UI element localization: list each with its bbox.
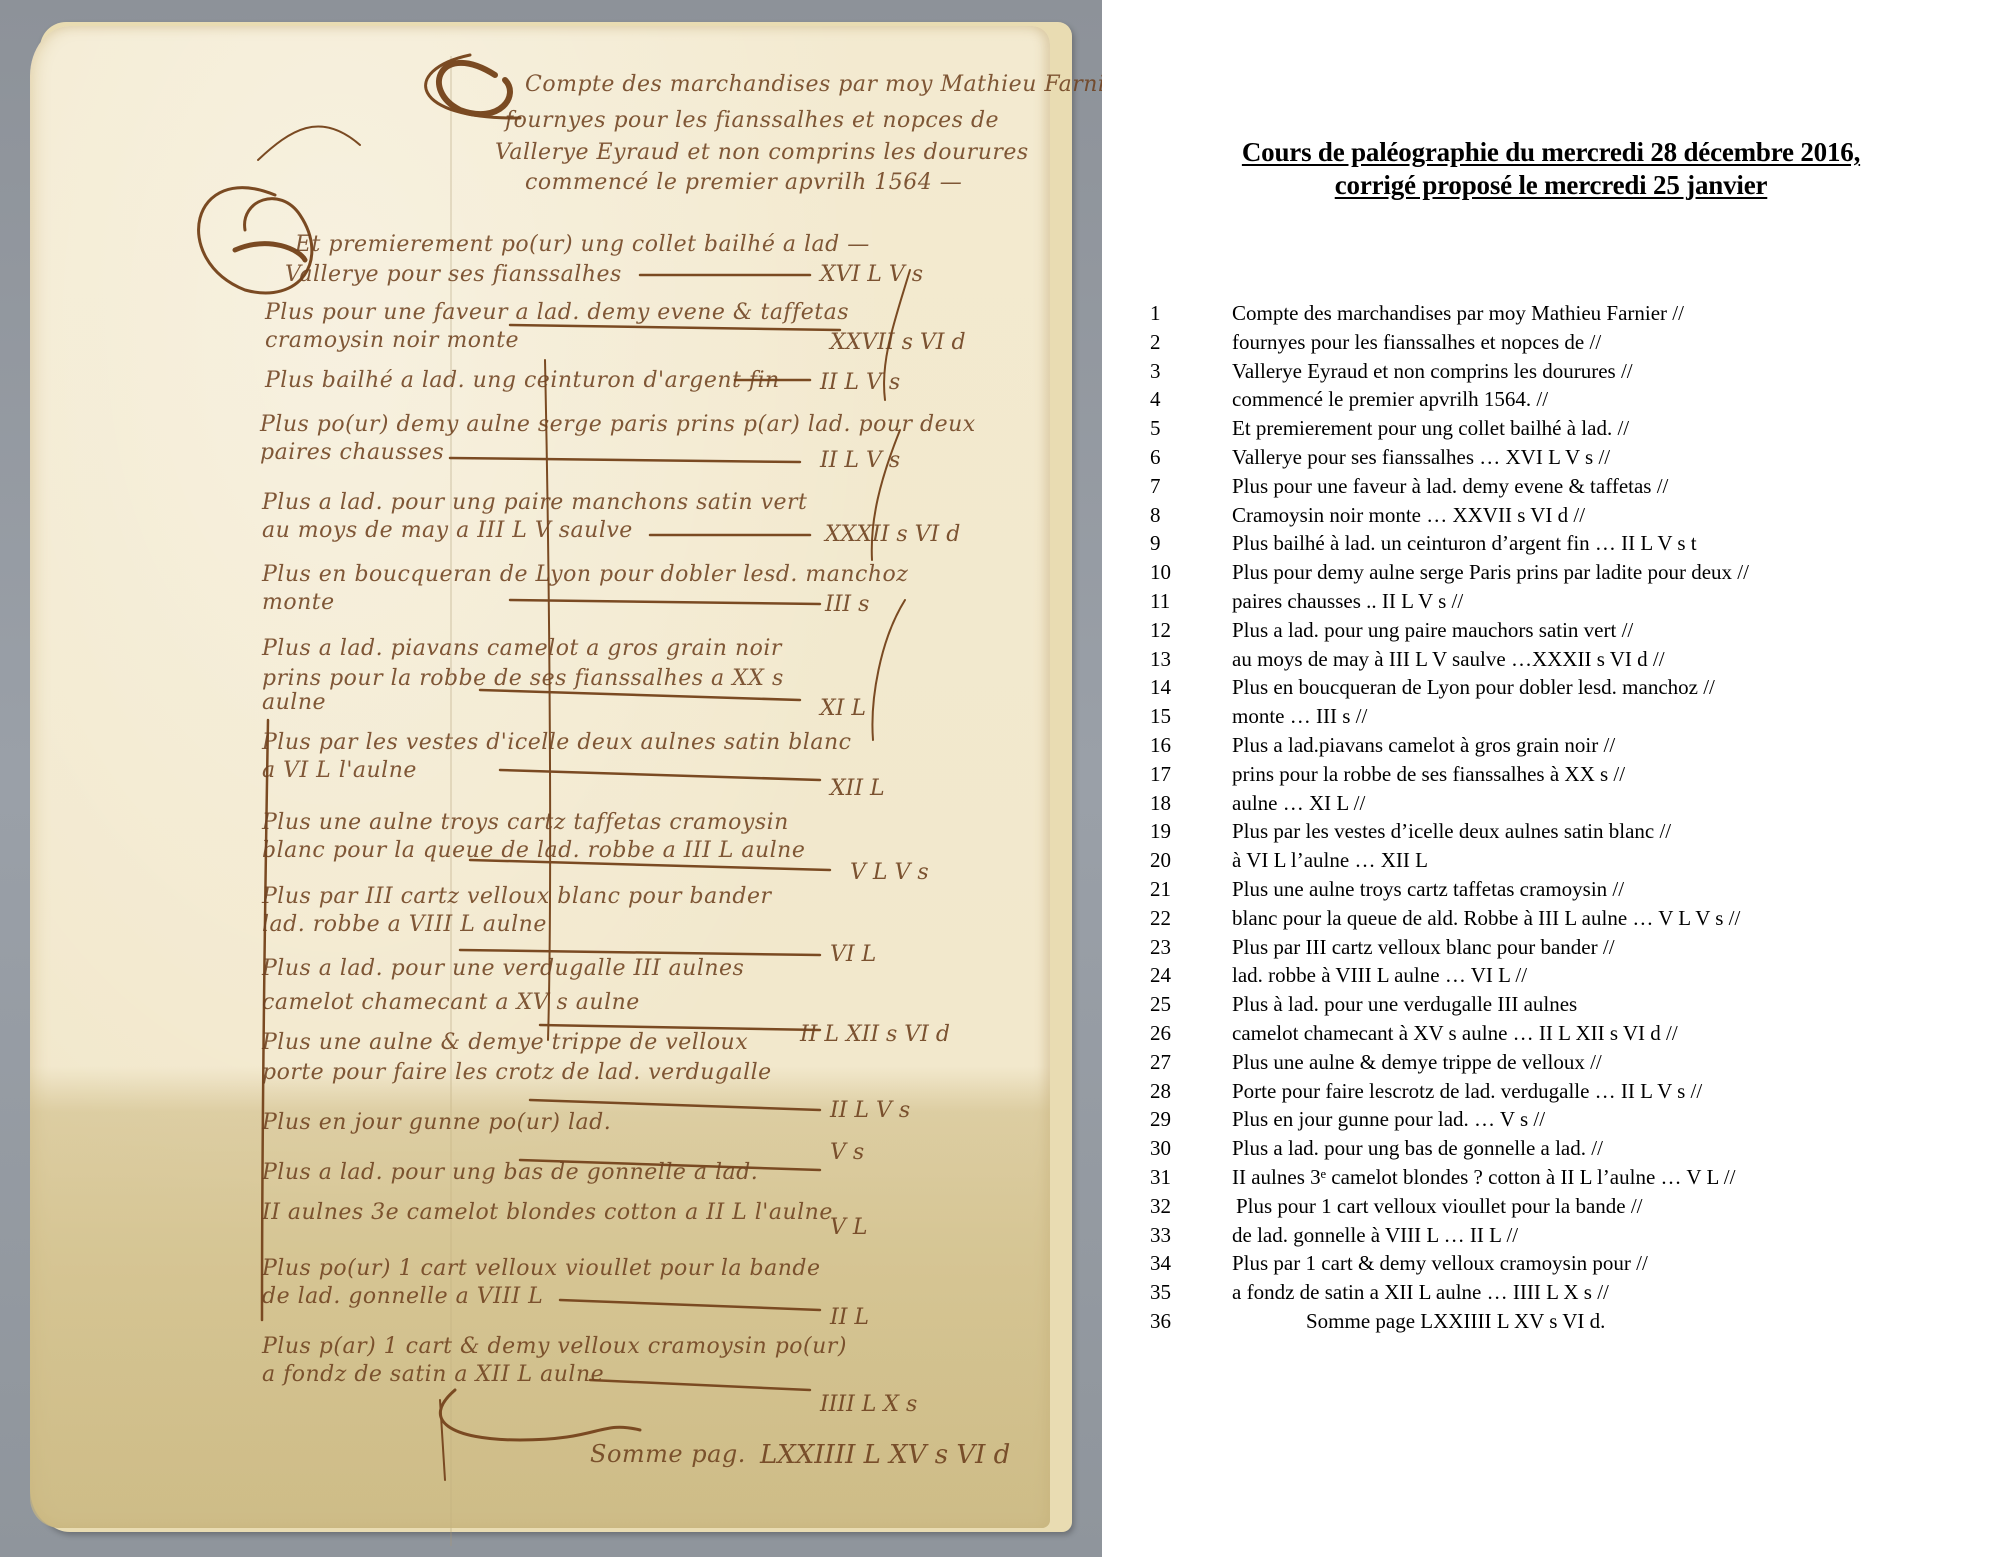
line-text: camelot chamecant à XV s aulne … II L XI… [1232,1019,1678,1048]
manuscript-entry-line: a fondz de satin a XII L aulne [262,1362,604,1387]
manuscript-entry-line: prins pour la robbe de ses fianssalhes a… [262,666,784,691]
manuscript-entry-line: Plus p(ar) 1 cart & demy velloux cramoys… [262,1334,847,1359]
transcription-line: 4commencé le premier apvrilh 1564. // [1150,385,1749,414]
line-number: 32 [1150,1192,1232,1221]
line-number: 27 [1150,1048,1232,1077]
manuscript-total: LXXIIII L XV s VI d [760,1440,1010,1470]
line-number: 24 [1150,961,1232,990]
line-text: Porte pour faire lescrotz de lad. verdug… [1232,1077,1702,1106]
line-text: Vallerye pour ses fianssalhes … XVI L V … [1232,443,1610,472]
line-number: 17 [1150,760,1232,789]
line-number: 10 [1150,558,1232,587]
manuscript-entry-line: II aulnes 3e camelot blondes cotton a II… [262,1200,833,1225]
line-text: Plus pour 1 cart velloux vioullet pour l… [1232,1192,1643,1221]
line-number: 5 [1150,414,1232,443]
transcription-line: 19Plus par les vestes d’icelle deux auln… [1150,817,1749,846]
manuscript-amount: VI L [830,942,876,967]
line-text: a fondz de satin a XII L aulne … IIII L … [1232,1278,1609,1307]
manuscript-entry-line: blanc pour la queue de lad. robbe a III … [262,838,805,863]
line-number: 34 [1150,1249,1232,1278]
transcription-line: 7Plus pour une faveur à lad. demy evene … [1150,472,1749,501]
manuscript-amount: II L V s [820,370,900,395]
transcription-line: 9Plus bailhé à lad. un ceinturon d’argen… [1150,529,1749,558]
manuscript-entry-line: au moys de may a III L V saulve [262,518,633,543]
manuscript-amount: II L V s [820,448,900,473]
transcription-line: 18aulne … XI L // [1150,789,1749,818]
transcription-line: 21Plus une aulne troys cartz taffetas cr… [1150,875,1749,904]
transcription-line: 34Plus par 1 cart & demy velloux cramoys… [1150,1249,1749,1278]
line-text: monte … III s // [1232,702,1367,731]
line-text: paires chausses .. II L V s // [1232,587,1463,616]
line-text: Plus une aulne troys cartz taffetas cram… [1232,875,1624,904]
transcription-line: 11paires chausses .. II L V s // [1150,587,1749,616]
transcription-line: 27Plus une aulne & demye trippe de vello… [1150,1048,1749,1077]
manuscript-entry-line: paires chausses [260,440,444,465]
transcription-line: 32Plus pour 1 cart velloux vioullet pour… [1150,1192,1749,1221]
line-number: 6 [1150,443,1232,472]
transcription-line: 15monte … III s // [1150,702,1749,731]
transcription-line: 35a fondz de satin a XII L aulne … IIII … [1150,1278,1749,1307]
manuscript-entry-line: monte [262,590,335,615]
transcription-line: 10Plus pour demy aulne serge Paris prins… [1150,558,1749,587]
line-number: 14 [1150,673,1232,702]
transcription-lines: 1Compte des marchandises par moy Mathieu… [1150,299,1749,1336]
manuscript-amount: XXVII s VI d [830,330,966,355]
line-number: 4 [1150,385,1232,414]
manuscript-heading-line: Vallerye Eyraud et non comprins les dour… [495,140,1029,165]
line-number: 30 [1150,1134,1232,1163]
transcription-line: 2fournyes pour les fianssalhes et nopces… [1150,328,1749,357]
manuscript-entry-line: Plus une aulne & demye trippe de velloux [262,1030,748,1055]
transcription-line-sum: 36Somme page LXXIIII L XV s VI d. [1150,1307,1749,1336]
transcription-title: Cours de paléographie du mercredi 28 déc… [1102,136,2000,202]
transcription-line: 28Porte pour faire lescrotz de lad. verd… [1150,1077,1749,1106]
line-text: Plus a lad. pour ung paire mauchors sati… [1232,616,1633,645]
transcription-panel: Cours de paléographie du mercredi 28 déc… [1102,0,2000,1557]
manuscript-entry-line: Plus bailhé a lad. ung ceinturon d'argen… [265,368,780,393]
transcription-line: 13au moys de may à III L V saulve …XXXII… [1150,645,1749,674]
manuscript-amount: V L [830,1215,868,1240]
transcription-line: 1Compte des marchandises par moy Mathieu… [1150,299,1749,328]
line-text: Plus par 1 cart & demy velloux cramoysin… [1232,1249,1648,1278]
line-number: 15 [1150,702,1232,731]
manuscript-heading-line: Compte des marchandises par moy Mathieu … [525,72,1102,97]
transcription-line: 3Vallerye Eyraud et non comprins les dou… [1150,357,1749,386]
line-number: 16 [1150,731,1232,760]
manuscript-entry-line: Plus a lad. piavans camelot a gros grain… [262,636,782,661]
manuscript-amount: V s [830,1140,864,1165]
line-number: 1 [1150,299,1232,328]
manuscript-amount: XII L [830,776,885,801]
manuscript-entry-line: camelot chamecant a XV s aulne [262,990,640,1015]
transcription-line: 16Plus a lad.piavans camelot à gros grai… [1150,731,1749,760]
line-text: fournyes pour les fianssalhes et nopces … [1232,328,1601,357]
line-number: 26 [1150,1019,1232,1048]
line-text: Somme page LXXIIII L XV s VI d. [1232,1307,1605,1336]
manuscript-entry-line: Plus par III cartz velloux blanc pour ba… [262,884,772,909]
manuscript-entry-line: lad. robbe a VIII L aulne [262,912,547,937]
transcription-line: 14Plus en boucqueran de Lyon pour dobler… [1150,673,1749,702]
manuscript-amount: II L [830,1305,869,1330]
line-text: Plus en boucqueran de Lyon pour dobler l… [1232,673,1715,702]
manuscript-amount: XXXII s VI d [825,522,960,547]
manuscript-entry-line: Et premierement po(ur) ung collet bailhé… [295,232,870,257]
line-text: prins pour la robbe de ses fianssalhes à… [1232,760,1625,789]
transcription-line: 33de lad. gonnelle à VIII L … II L // [1150,1221,1749,1250]
line-text: Vallerye Eyraud et non comprins les dour… [1232,357,1633,386]
manuscript-entry-line: cramoysin noir monte [265,328,519,353]
line-text: Plus par III cartz velloux blanc pour ba… [1232,933,1615,962]
line-number: 25 [1150,990,1232,1019]
manuscript-entry-line: Plus a lad. pour une verdugalle III auln… [262,956,744,981]
line-text: de lad. gonnelle à VIII L … II L // [1232,1221,1518,1250]
line-text: II aulnes 3ᵉ camelot blondes ? cotton à … [1232,1163,1735,1192]
line-text: Plus en jour gunne pour lad. … V s // [1232,1105,1545,1134]
line-text: Cramoysin noir monte … XXVII s VI d // [1232,501,1585,530]
line-text: commencé le premier apvrilh 1564. // [1232,385,1548,414]
line-number: 21 [1150,875,1232,904]
manuscript-amount: II L V s [830,1098,910,1123]
line-text: Plus à lad. pour une verdugalle III auln… [1232,990,1577,1019]
line-number: 29 [1150,1105,1232,1134]
line-number: 28 [1150,1077,1232,1106]
manuscript-entry-line: a VI L l'aulne [262,758,417,783]
manuscript-sum-label: Somme pag. [590,1440,746,1468]
line-text: Et premierement pour ung collet bailhé à… [1232,414,1629,443]
manuscript-amount: IIII L X s [820,1392,917,1417]
line-number: 3 [1150,357,1232,386]
manuscript-heading-line: commencé le premier apvrilh 1564 — [525,170,962,195]
line-text: Plus une aulne & demye trippe de velloux… [1232,1048,1602,1077]
manuscript-entry-line: Plus po(ur) 1 cart velloux vioullet pour… [262,1256,821,1281]
line-number: 20 [1150,846,1232,875]
manuscript-entry-line: Plus po(ur) demy aulne serge paris prins… [260,412,976,437]
transcription-line: 26camelot chamecant à XV s aulne … II L … [1150,1019,1749,1048]
line-text: Plus pour une faveur à lad. demy evene &… [1232,472,1668,501]
transcription-line: 25Plus à lad. pour une verdugalle III au… [1150,990,1749,1019]
manuscript-amount: III s [825,592,869,617]
manuscript-entry-line: Plus une aulne troys cartz taffetas cram… [262,810,789,835]
line-text: à VI L l’aulne … XII L [1232,846,1428,875]
line-text: blanc pour la queue de ald. Robbe à III … [1232,904,1740,933]
line-text: Plus a lad. pour ung bas de gonnelle a l… [1232,1134,1603,1163]
line-number: 7 [1150,472,1232,501]
transcription-line: 12Plus a lad. pour ung paire mauchors sa… [1150,616,1749,645]
line-number: 33 [1150,1221,1232,1250]
manuscript-entry-line: Vallerye pour ses fianssalhes [285,262,622,287]
manuscript-entry-line: Plus a lad. pour ung paire manchons sati… [262,490,807,515]
manuscript-heading-line: fournyes pour les fianssalhes et nopces … [505,108,999,133]
manuscript-amount: V L V s [850,860,929,885]
line-number: 13 [1150,645,1232,674]
line-text: au moys de may à III L V saulve …XXXII s… [1232,645,1665,674]
line-number: 35 [1150,1278,1232,1307]
manuscript-amount: XVI L V s [820,262,923,287]
manuscript-amount: II L XII s VI d [800,1022,950,1047]
transcription-line: 20à VI L l’aulne … XII L [1150,846,1749,875]
manuscript-entry-line: Plus a lad. pour ung bas de gonnelle a l… [262,1160,758,1185]
line-text: Plus bailhé à lad. un ceinturon d’argent… [1232,529,1697,558]
manuscript-entry-line: aulne [262,690,326,715]
line-number: 2 [1150,328,1232,357]
manuscript-entry-line: Plus pour une faveur a lad. demy evene &… [265,300,849,325]
transcription-line: 30Plus a lad. pour ung bas de gonnelle a… [1150,1134,1749,1163]
manuscript-entry-line: Plus par les vestes d'icelle deux aulnes… [262,730,851,755]
transcription-line: 8Cramoysin noir monte … XXVII s VI d // [1150,501,1749,530]
line-number: 8 [1150,501,1232,530]
line-number: 12 [1150,616,1232,645]
manuscript-photo: Compte des marchandises par moy Mathieu … [0,0,1102,1557]
title-line-1: Cours de paléographie du mercredi 28 déc… [1102,136,2000,169]
line-number: 18 [1150,789,1232,818]
line-number: 36 [1150,1307,1232,1336]
transcription-line: 24lad. robbe à VIII L aulne … VI L // [1150,961,1749,990]
transcription-line: 23Plus par III cartz velloux blanc pour … [1150,933,1749,962]
manuscript-entry-line: porte pour faire les crotz de lad. verdu… [262,1060,772,1085]
transcription-line: 29Plus en jour gunne pour lad. … V s // [1150,1105,1749,1134]
line-number: 22 [1150,904,1232,933]
manuscript-entry-line: Plus en jour gunne po(ur) lad. [262,1110,611,1135]
line-number: 9 [1150,529,1232,558]
transcription-line: 6Vallerye pour ses fianssalhes … XVI L V… [1150,443,1749,472]
line-number: 23 [1150,933,1232,962]
line-text: Plus par les vestes d’icelle deux aulnes… [1232,817,1671,846]
transcription-line: 22blanc pour la queue de ald. Robbe à II… [1150,904,1749,933]
line-text: aulne … XI L // [1232,789,1365,818]
transcription-line: 5Et premierement pour ung collet bailhé … [1150,414,1749,443]
transcription-line: 31II aulnes 3ᵉ camelot blondes ? cotton … [1150,1163,1749,1192]
manuscript-amount: XI L [820,696,866,721]
line-number: 11 [1150,587,1232,616]
line-number: 19 [1150,817,1232,846]
line-text: Compte des marchandises par moy Mathieu … [1232,299,1684,328]
line-text: lad. robbe à VIII L aulne … VI L // [1232,961,1527,990]
manuscript-entry-line: Plus en boucqueran de Lyon pour dobler l… [262,562,908,587]
manuscript-entry-line: de lad. gonnelle a VIII L [262,1284,543,1309]
line-number: 31 [1150,1163,1232,1192]
title-line-2: corrigé proposé le mercredi 25 janvier [1102,169,2000,202]
line-text: Plus a lad.piavans camelot à gros grain … [1232,731,1615,760]
line-text: Plus pour demy aulne serge Paris prins p… [1232,558,1749,587]
transcription-line: 17prins pour la robbe de ses fianssalhes… [1150,760,1749,789]
